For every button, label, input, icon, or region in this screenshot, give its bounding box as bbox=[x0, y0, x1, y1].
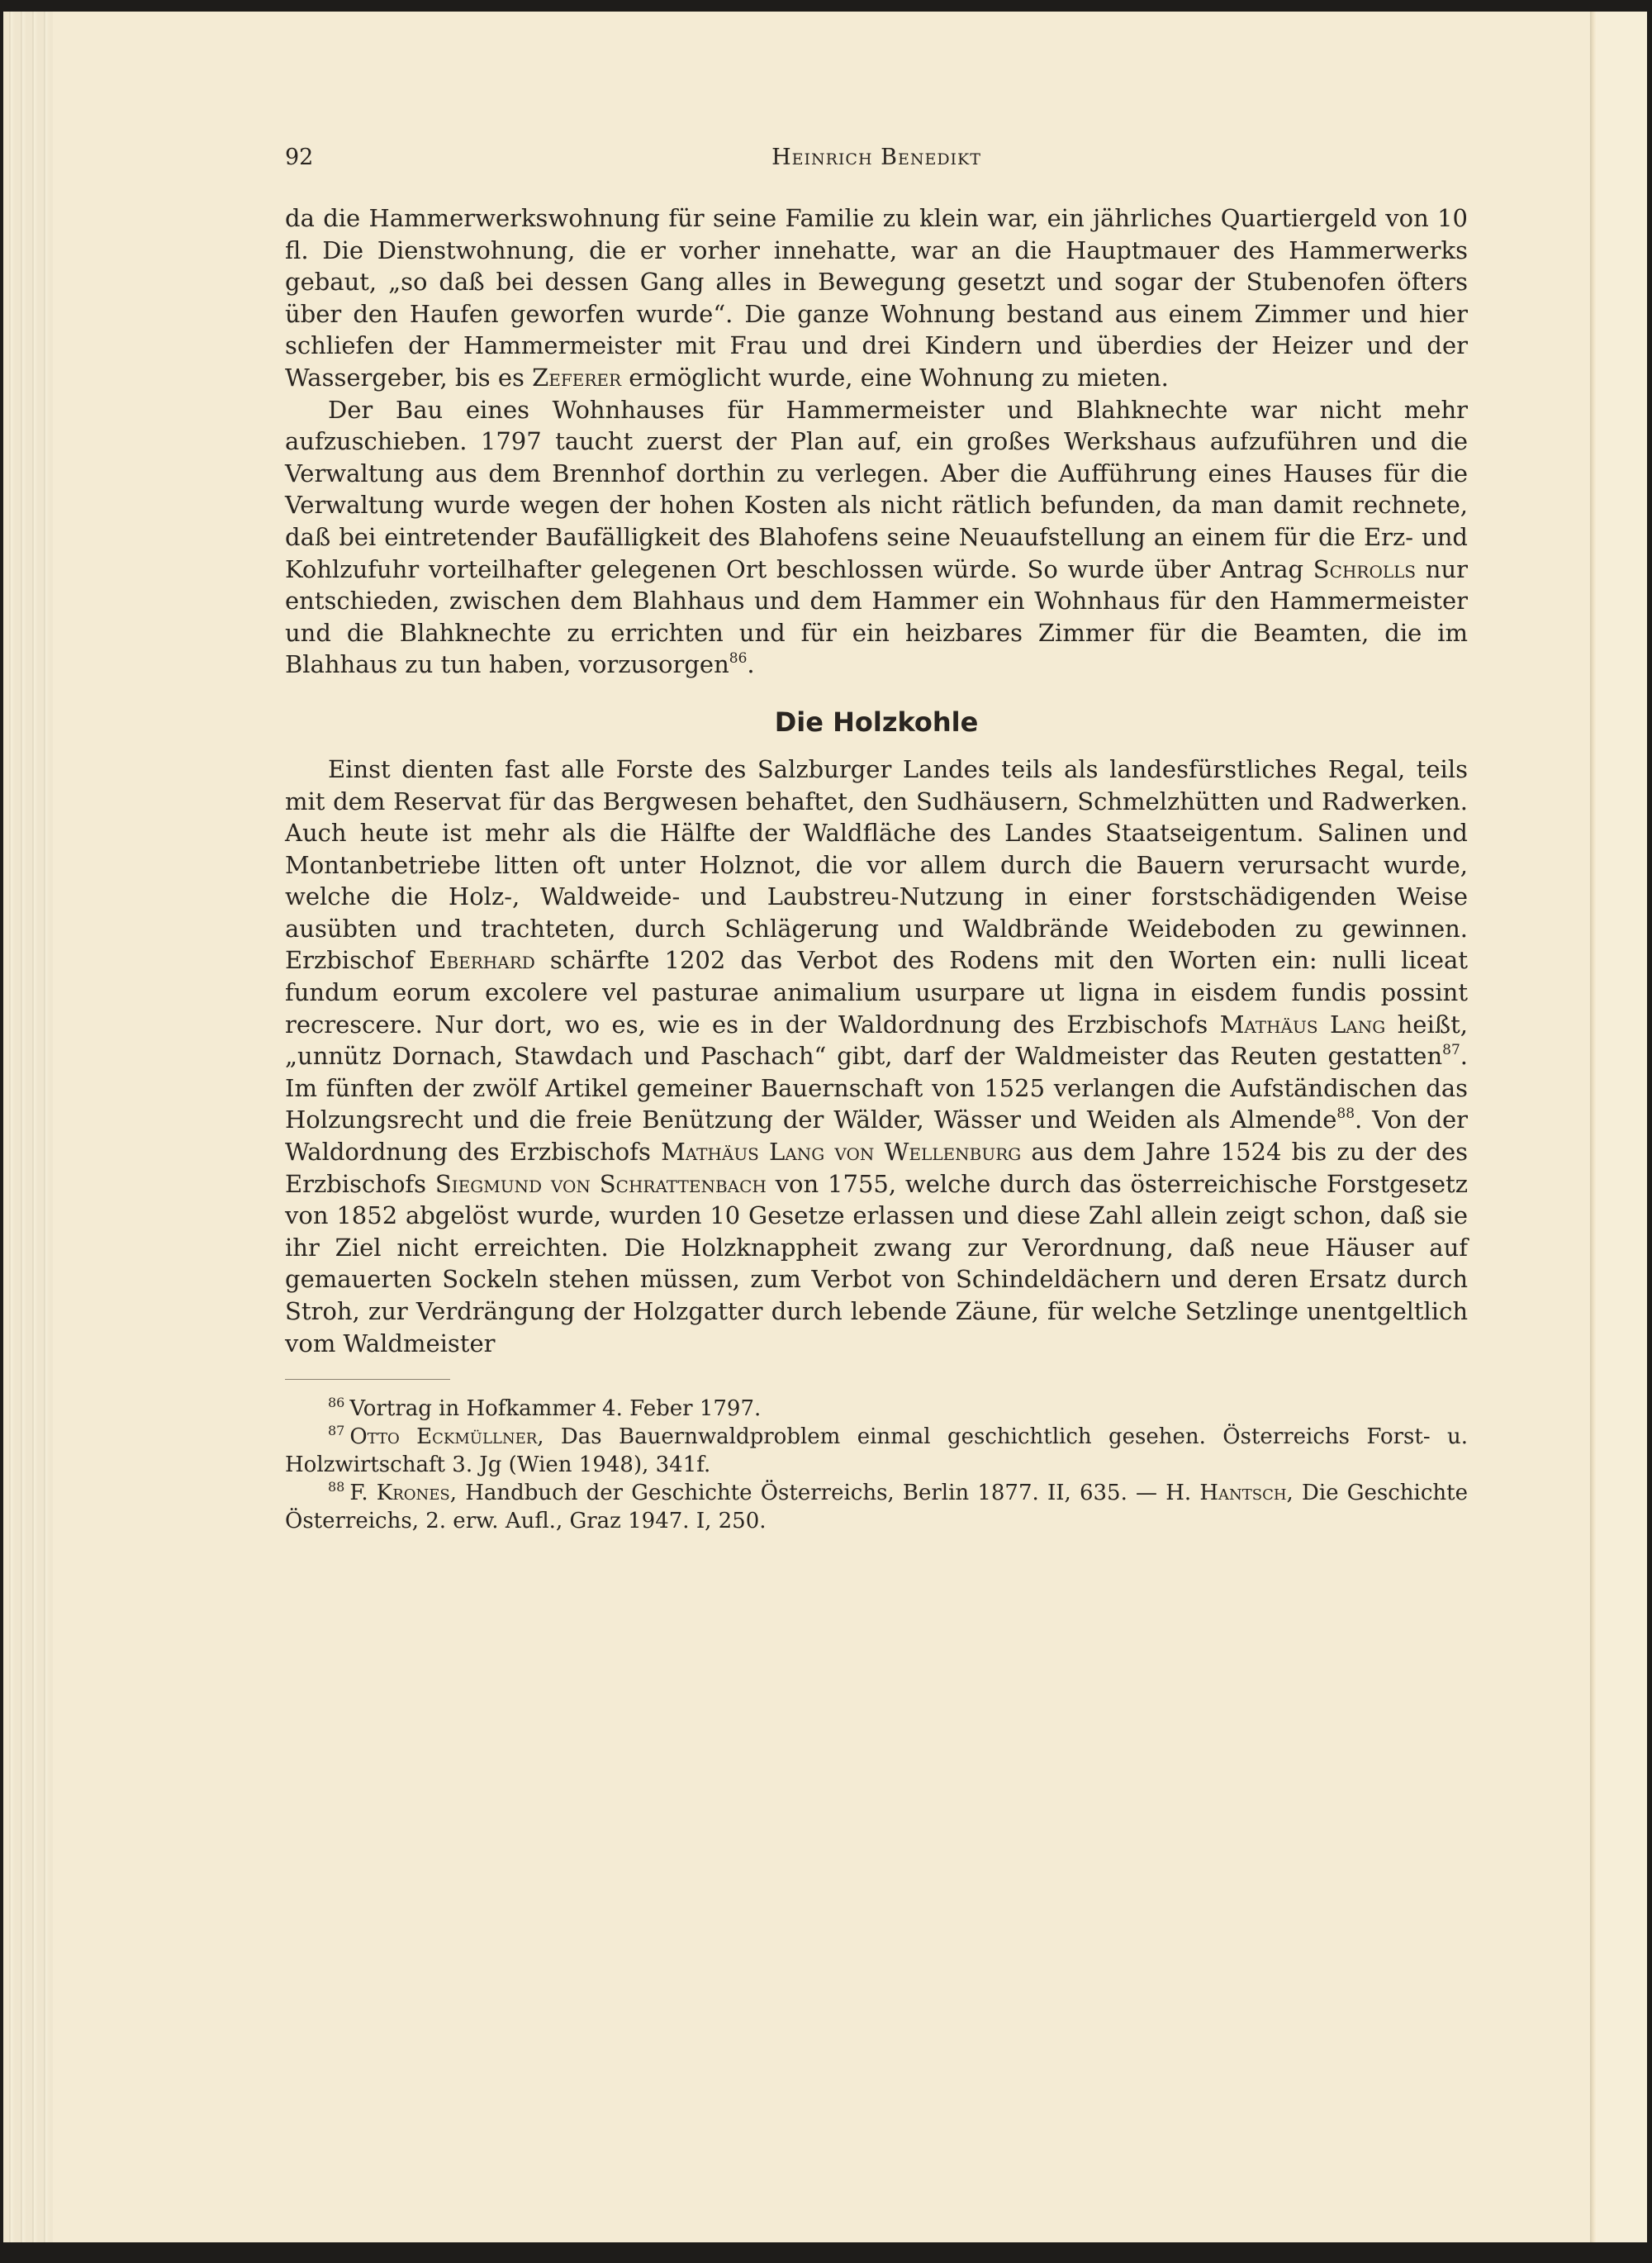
footnote-number: 88 bbox=[328, 1479, 344, 1495]
running-head: 92 Heinrich Benedikt bbox=[285, 141, 1468, 174]
person-name: Mathäus Lang von Wellenburg bbox=[661, 1138, 1021, 1166]
footnote: 86Vortrag in Hofkammer 4. Feber 1797. bbox=[285, 1395, 1468, 1423]
person-name: Otto Eckmüllner bbox=[349, 1424, 537, 1449]
footnote-number: 86 bbox=[328, 1395, 344, 1410]
footnotes: 86Vortrag in Hofkammer 4. Feber 1797.87O… bbox=[285, 1395, 1468, 1535]
running-title: Heinrich Benedikt bbox=[285, 141, 1468, 174]
footnote-reference[interactable]: 86 bbox=[729, 650, 748, 667]
intro-paragraphs: da die Hammerwerkswohnung für seine Fami… bbox=[285, 202, 1468, 681]
footnote-reference[interactable]: 87 bbox=[1442, 1042, 1460, 1058]
section-heading: Die Holzkohle bbox=[285, 704, 1468, 740]
person-name: Krones bbox=[377, 1481, 450, 1505]
person-name: Siegmund von Schrattenbach bbox=[435, 1170, 767, 1198]
book-gutter bbox=[1590, 12, 1597, 2242]
section-paragraphs: Einst dienten fast alle Forste des Salzb… bbox=[285, 754, 1468, 1359]
book-scan: 92 Heinrich Benedikt da die Hammerwerksw… bbox=[3, 12, 1647, 2242]
footnote: 88F. Krones, Handbuch der Geschichte Öst… bbox=[285, 1479, 1468, 1535]
footnote-rule bbox=[285, 1379, 450, 1380]
footnote-reference[interactable]: 88 bbox=[1336, 1105, 1355, 1122]
page-stack-edge bbox=[3, 12, 53, 2242]
person-name: Hantsch bbox=[1199, 1481, 1286, 1505]
body-text: da die Hammerwerkswohnung für seine Fami… bbox=[285, 202, 1468, 1359]
person-name: Schrolls bbox=[1313, 555, 1416, 583]
footnote-number: 87 bbox=[328, 1423, 344, 1438]
paragraph: Der Bau eines Wohnhauses für Hammermeist… bbox=[285, 394, 1468, 681]
next-page-edge bbox=[1597, 12, 1647, 2242]
paragraph: Einst dienten fast alle Forste des Salzb… bbox=[285, 754, 1468, 1359]
page-content: 92 Heinrich Benedikt da die Hammerwerksw… bbox=[285, 141, 1468, 1535]
person-name: Mathäus Lang bbox=[1220, 1010, 1385, 1039]
person-name: Zeferer bbox=[532, 364, 621, 392]
footnote: 87Otto Eckmüllner, Das Bauernwaldproblem… bbox=[285, 1423, 1468, 1479]
person-name: Eberhard bbox=[429, 946, 535, 974]
paragraph: da die Hammerwerkswohnung für seine Fami… bbox=[285, 202, 1468, 394]
